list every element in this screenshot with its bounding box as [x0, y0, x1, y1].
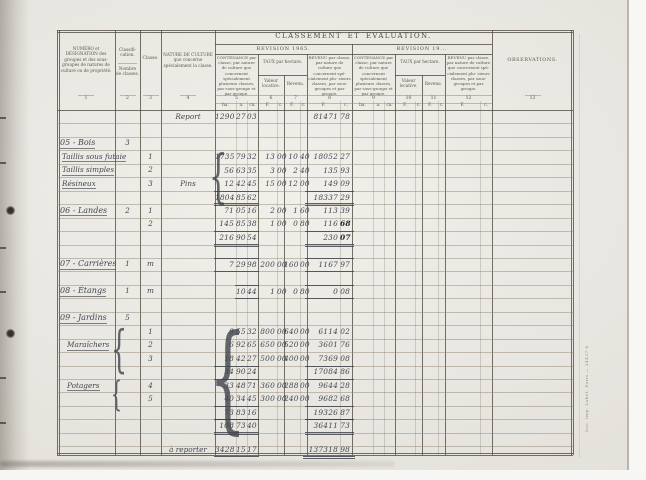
classe-value: 1 — [140, 205, 161, 217]
nature-value: Pins — [161, 178, 215, 190]
rule-vertical — [573, 30, 574, 455]
header-revenu-taux-rev: Revenu. — [423, 81, 444, 86]
classe-value: 2 — [140, 164, 161, 176]
row-label-text: Résineux — [62, 179, 96, 190]
rule-vertical — [480, 101, 481, 455]
unit-label: c. — [435, 103, 449, 108]
rule-vertical — [59, 30, 60, 455]
col-number: 11 — [426, 96, 442, 101]
revenu-f: 137318 — [307, 444, 338, 455]
valeur-locative-c: 00 — [277, 151, 282, 162]
binding-shadow — [0, 0, 30, 470]
col-number: 8 — [322, 96, 338, 101]
classe-value: 1 — [140, 326, 161, 338]
contenance-ca: 03 — [247, 111, 256, 122]
header-nature-culture: NATURE DE CULTURE que concerne spécialem… — [162, 52, 214, 68]
row-label: 05 - Bois — [60, 137, 116, 149]
revenu-taux-f: 400 — [284, 353, 298, 364]
row-label: 09 - Jardins — [60, 312, 116, 324]
nb-classes: 1 — [115, 258, 140, 270]
revenu-f: 19326 — [307, 407, 338, 418]
revenu-c: 68 — [340, 218, 350, 229]
valeur-locative-c: 00 — [277, 380, 282, 391]
classe-value: m — [140, 285, 161, 297]
col-number: 12 — [461, 96, 477, 101]
rule-vertical — [57, 30, 58, 455]
revenu-c: 39 — [340, 205, 350, 216]
valeur-locative-f: 650 — [258, 339, 275, 350]
contenance-ha: 7 — [215, 259, 234, 270]
unit-label: c. — [339, 103, 353, 108]
header-taux-1965: TAUX par hectare. — [258, 59, 307, 64]
sum-rule — [305, 406, 354, 407]
row-label-text: Potagers — [67, 381, 100, 392]
valeur-locative-f: 15 — [258, 178, 275, 189]
sum-rule — [235, 298, 260, 299]
revenu-taux-c: 00 — [300, 178, 305, 189]
header-revenu-taux-1965: Revenu. — [285, 81, 306, 86]
unit-label: ha. — [356, 103, 370, 108]
revenu-taux-f: 2 — [284, 165, 298, 176]
rule-vertical — [492, 30, 493, 455]
sum-rule — [305, 434, 354, 435]
header-valeur-locative-1965: Valeur locative. — [259, 78, 283, 89]
row-label: 06 - Landes — [60, 205, 116, 217]
row-label-text: 06 - Landes — [60, 206, 107, 217]
sum-rule — [214, 456, 260, 457]
printer-imprint: Soc. Imp. Label, Paris — 34437-4 — [584, 298, 593, 432]
row-label-text: 09 - Jardins — [60, 313, 107, 324]
contenance-ca: 38 — [247, 218, 256, 229]
revenu-f: 9682 — [307, 393, 338, 404]
unit-label: c. — [297, 103, 311, 108]
contenance-ca: 71 — [247, 380, 256, 391]
revenu-taux-f: 640 — [284, 326, 298, 337]
revenu-f: 1167 — [307, 259, 338, 270]
revenu-f: 36411 — [307, 420, 338, 431]
revenu-taux-f: 0 — [284, 286, 298, 297]
col-number: 4 — [180, 96, 196, 101]
unit-label: F. — [317, 103, 331, 108]
revenu-taux-c: 00 — [300, 393, 305, 404]
edge-mark — [0, 377, 6, 379]
rule-vertical — [395, 54, 396, 455]
rule-horizontal — [118, 63, 137, 64]
classe-value: 1 — [140, 151, 161, 163]
col-number: 2 — [120, 96, 136, 101]
rule-vertical — [373, 101, 374, 455]
revenu-c: 08 — [340, 353, 350, 364]
rule-vertical — [438, 101, 439, 455]
contenance-ca: 16 — [247, 407, 256, 418]
rule-vertical — [571, 30, 572, 455]
sum-rule — [214, 258, 260, 259]
sum-rule — [305, 258, 354, 259]
sum-rule — [303, 458, 355, 459]
col-number: 9 — [366, 96, 382, 101]
col-number: 7 — [288, 96, 304, 101]
revenu-c: 09 — [340, 178, 350, 189]
revenu-f: 7369 — [307, 353, 338, 364]
contenance-ca: 44 — [247, 286, 256, 297]
revenu-taux-f: 0 — [284, 218, 298, 229]
scan-shadow-streak — [0, 461, 395, 467]
row-label-text: 08 - Étangs — [60, 286, 106, 297]
rule-horizontal — [57, 123, 573, 124]
sum-rule — [303, 456, 355, 457]
valeur-locative-f: 3 — [258, 165, 275, 176]
valeur-locative-c: 00 — [277, 353, 282, 364]
contenance-ca: 54 — [247, 232, 256, 243]
row-label-text: Taillis simples — [62, 165, 114, 176]
sum-rule — [235, 285, 260, 286]
revenu-taux-f: 1 — [284, 205, 298, 216]
rule-vertical — [415, 101, 416, 455]
col-number: 10 — [401, 96, 417, 101]
valeur-locative-c: 00 — [277, 205, 282, 216]
revenu-f: 230 — [307, 232, 338, 243]
header-contenance-1965: CONTENANCE par classe, par nature de cul… — [216, 55, 257, 97]
revenu-c: 27 — [340, 151, 350, 162]
revenu-c: 07 — [340, 232, 350, 243]
contenance-a: 85 — [236, 218, 245, 229]
revenu-taux-c: 80 — [300, 218, 305, 229]
header-classe: Classe. — [141, 56, 160, 62]
valeur-locative-f: 1 — [258, 218, 275, 229]
sum-rule — [305, 191, 354, 192]
revision-19-header: REVISION 19... — [352, 46, 492, 52]
revenu-c: 78 — [340, 111, 350, 122]
revenu-taux-c: 00 — [300, 380, 305, 391]
contenance-ca: 27 — [247, 353, 256, 364]
revenu-f: 149 — [307, 178, 338, 189]
contenance-a: 05 — [236, 205, 245, 216]
revenu-taux-c: 00 — [300, 339, 305, 350]
contenance-ca: 45 — [247, 393, 256, 404]
revenu-c: 08 — [340, 286, 350, 297]
revenu-f: 17084 — [307, 366, 338, 377]
unit-label: ha. — [219, 103, 233, 108]
header-taux-rev: TAUX par hectare. — [395, 59, 445, 64]
sum-rule — [305, 231, 354, 232]
binder-hole — [6, 329, 15, 338]
scanner-margin-bottom — [0, 470, 646, 480]
revenu-f: 6114 — [307, 326, 338, 337]
revenu-c: 97 — [340, 259, 350, 270]
contenance-ca: 17 — [247, 444, 256, 455]
unit-label: F. — [261, 103, 275, 108]
classe-value: m — [140, 258, 161, 270]
contenance-ca: 32 — [247, 151, 256, 162]
revenu-c: 98 — [340, 444, 350, 455]
revenu-c: 93 — [340, 165, 350, 176]
valeur-locative-c: 00 — [277, 165, 282, 176]
revenu-taux-c: 60 — [300, 205, 305, 216]
revenu-c: 28 — [340, 380, 350, 391]
revenu-taux-c: 00 — [300, 259, 305, 270]
col-number: 5 — [229, 96, 245, 101]
valeur-locative-f: 800 — [258, 326, 275, 337]
revenu-taux-c: 00 — [300, 326, 305, 337]
valeur-locative-f: 200 — [258, 259, 275, 270]
classe-value: 3 — [140, 353, 161, 365]
valeur-locative-f: 500 — [258, 353, 275, 364]
classe-value: 5 — [140, 393, 161, 405]
contenance-ca: 40 — [247, 420, 256, 431]
sum-rule — [214, 246, 260, 247]
sum-rule — [305, 246, 354, 247]
valeur-locative-f: 1 — [258, 286, 275, 297]
header-classification: Classifi- cation. — [116, 47, 139, 58]
classe-value: 2 — [140, 218, 161, 230]
row-label: Taillis sous futaie — [62, 151, 118, 163]
nb-classes: 1 — [115, 285, 140, 297]
revenu-f: 0 — [307, 286, 338, 297]
edge-mark — [0, 162, 6, 164]
revenu-taux-f: 240 — [284, 393, 298, 404]
sum-rule — [305, 244, 354, 245]
header-revenu-rev: REVENU par classe, par nature de culture… — [446, 55, 491, 91]
revenu-f: 18052 — [307, 151, 338, 162]
classe-value: 4 — [140, 380, 161, 392]
rule-horizontal — [57, 30, 573, 31]
col-number: 13 — [525, 96, 541, 101]
contenance-ca: 35 — [247, 165, 256, 176]
revenu-f: 3601 — [307, 339, 338, 350]
col-number: 3 — [143, 96, 159, 101]
revenu-f: 116 — [307, 218, 338, 229]
row-label: Taillis simples — [62, 164, 118, 176]
revenu-c: 76 — [340, 339, 350, 350]
valeur-locative-c: 00 — [277, 178, 282, 189]
unit-label: ca. — [383, 103, 397, 108]
contenance-a: 63 — [236, 165, 245, 176]
edge-mark — [0, 291, 6, 293]
rule-horizontal — [258, 75, 307, 76]
contenance-ca: 62 — [247, 192, 256, 203]
contenance-ca: 16 — [247, 205, 256, 216]
row-label-text: 05 - Bois — [60, 138, 95, 149]
edge-mark — [0, 422, 6, 424]
sum-rule — [305, 271, 354, 272]
revenu-c: 87 — [340, 407, 350, 418]
header-contenance-rev: CONTENANCE par classe, par nature de cul… — [353, 55, 394, 97]
unit-label: F. — [456, 103, 470, 108]
rule-horizontal — [57, 32, 573, 33]
group-brace: { — [209, 326, 214, 431]
col-number: 6 — [263, 96, 279, 101]
header-valeur-locative-rev: Valeur locative. — [396, 78, 421, 89]
revision-1965-header: REVISION 1965. — [215, 46, 352, 52]
row-label: 07 - Carrières — [60, 258, 116, 270]
paper-fold-line — [579, 34, 580, 458]
contenance-ca: 98 — [247, 259, 256, 270]
valeur-locative-c: 00 — [277, 339, 282, 350]
scanned-cadastre-page: CLASSEMENT ET EVALUATION. REVISION 1965.… — [0, 0, 646, 480]
revenu-c: 68 — [340, 393, 350, 404]
nature-value: à reporter — [161, 444, 215, 456]
contenance-a: 90 — [236, 232, 245, 243]
scanner-margin-right — [629, 0, 646, 480]
rule-vertical — [161, 30, 162, 455]
binder-hole — [6, 206, 15, 215]
sum-rule — [214, 231, 260, 232]
row-label: 08 - Étangs — [60, 285, 116, 297]
revenu-f: 9644 — [307, 380, 338, 391]
nature-value: Report — [161, 111, 215, 123]
row-label: Résineux — [62, 178, 118, 190]
valeur-locative-f: 360 — [258, 380, 275, 391]
sum-rule — [214, 271, 260, 272]
sum-rule — [305, 285, 354, 286]
rule-horizontal — [395, 75, 445, 76]
contenance-ca: 45 — [247, 178, 256, 189]
row-label-text: Taillis sous futaie — [62, 152, 126, 163]
valeur-locative-f: 2 — [258, 205, 275, 216]
nb-classes: 3 — [115, 137, 140, 149]
unit-label: c. — [479, 103, 493, 108]
valeur-locative-f: 13 — [258, 151, 275, 162]
revenu-taux-c: 40 — [300, 165, 305, 176]
edge-mark — [0, 247, 6, 249]
classe-value: 2 — [140, 339, 161, 351]
revenu-f: 81471 — [307, 111, 338, 122]
contenance-a: 27 — [236, 111, 245, 122]
rule-vertical — [445, 54, 446, 455]
revenu-taux-f: 10 — [284, 151, 298, 162]
group-brace: { — [111, 326, 116, 371]
valeur-locative-f: 300 — [258, 393, 275, 404]
revenu-taux-f: 160 — [284, 259, 298, 270]
contenance-ca: 32 — [247, 326, 256, 337]
unit-label: F. — [398, 103, 412, 108]
header-nombre-classes: Nombre de classes. — [116, 66, 139, 77]
rule-horizontal — [215, 44, 492, 45]
group-brace: { — [209, 151, 214, 203]
valeur-locative-c: 00 — [277, 393, 282, 404]
contenance-a: 10 — [236, 286, 245, 297]
contenance-a: 29 — [236, 259, 245, 270]
contenance-a: 79 — [236, 151, 245, 162]
sum-rule — [305, 432, 354, 433]
revenu-f: 18337 — [307, 192, 338, 203]
contenance-ha: 1290 — [215, 111, 234, 122]
header-observations: OBSERVATIONS. — [493, 57, 572, 64]
col-number: 1 — [78, 96, 94, 101]
sum-rule — [305, 298, 354, 299]
rule-horizontal — [215, 54, 492, 55]
revenu-taux-f: 12 — [284, 178, 298, 189]
header-revenu-1965: REVENU par classe, par nature de culture… — [308, 55, 351, 97]
unit-label: ca. — [246, 103, 260, 108]
revenu-taux-c: 40 — [300, 151, 305, 162]
classe-value: 3 — [140, 178, 161, 190]
rule-vertical — [384, 101, 385, 455]
revenu-taux-f: 520 — [284, 339, 298, 350]
revenu-c: 73 — [340, 420, 350, 431]
contenance-a: 42 — [236, 178, 245, 189]
revenu-c: 29 — [340, 192, 350, 203]
row-label-text: 07 - Carrières — [60, 259, 116, 270]
nb-classes: 2 — [115, 205, 140, 217]
group-brace: { — [111, 380, 116, 411]
valeur-locative-c: 00 — [277, 286, 282, 297]
sum-rule — [305, 366, 354, 367]
edge-mark — [0, 117, 6, 119]
contenance-ca: 65 — [247, 339, 256, 350]
sum-rule — [305, 419, 354, 420]
valeur-locative-c: 00 — [277, 218, 282, 229]
rule-horizontal — [215, 95, 492, 96]
revenu-c: 02 — [340, 326, 350, 337]
revenu-c: 86 — [340, 366, 350, 377]
contenance-ha: 145 — [215, 218, 234, 229]
rule-vertical — [422, 75, 423, 455]
revenu-taux-c: 00 — [300, 353, 305, 364]
contenance-ha: 216 — [215, 232, 234, 243]
revenu-f: 113 — [307, 205, 338, 216]
sum-rule — [214, 244, 260, 245]
revenu-taux-c: 80 — [300, 286, 305, 297]
revenu-taux-f: 288 — [284, 380, 298, 391]
contenance-a: 85 — [236, 192, 245, 203]
revenu-f: 135 — [307, 165, 338, 176]
header-numero-designation: NUMÉRO et DÉSIGNATION des groupes et des… — [58, 46, 114, 73]
row-label-text: Maraîchers — [67, 340, 109, 351]
valeur-locative-c: 00 — [277, 326, 282, 337]
valeur-locative-c: 00 — [277, 259, 282, 270]
contenance-ca: 24 — [247, 366, 256, 377]
